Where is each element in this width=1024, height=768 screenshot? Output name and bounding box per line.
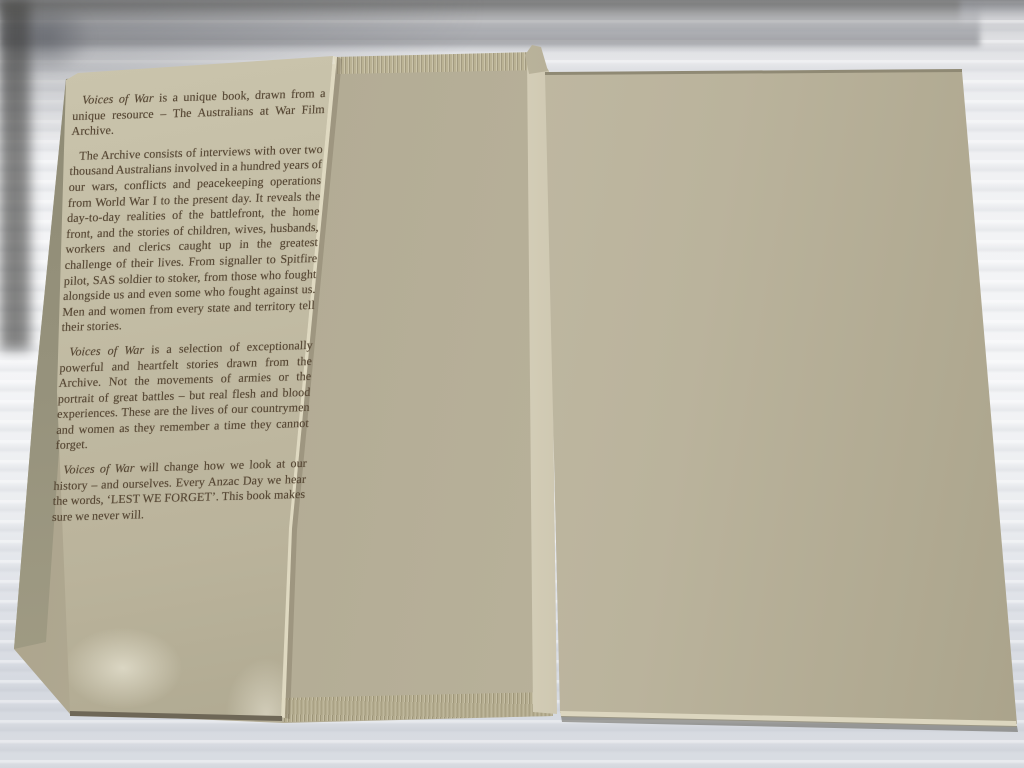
flap-blurb: Voices of War is a unique book, drawn fr… <box>51 86 326 534</box>
book-cast-shadow-left <box>0 0 30 350</box>
flap-paragraph-4: Voices of War will change how we look at… <box>52 456 308 525</box>
flap-paragraph-2: The Archive consists of interviews with … <box>61 142 323 336</box>
book-photo: Voices of War is a unique book, drawn fr… <box>0 0 1024 768</box>
book-title-italic: Voices of War <box>63 461 135 477</box>
book-cast-shadow-bottom <box>0 0 960 30</box>
flap-paragraph-3: Voices of War is a selection of exceptio… <box>55 338 313 454</box>
book-title-italic: Voices of War <box>82 91 154 107</box>
flap-paragraph-1: Voices of War is a unique book, drawn fr… <box>71 86 326 140</box>
book-title-italic: Voices of War <box>69 343 145 359</box>
flap-paragraph-2-text: The Archive consists of interviews with … <box>61 142 323 334</box>
